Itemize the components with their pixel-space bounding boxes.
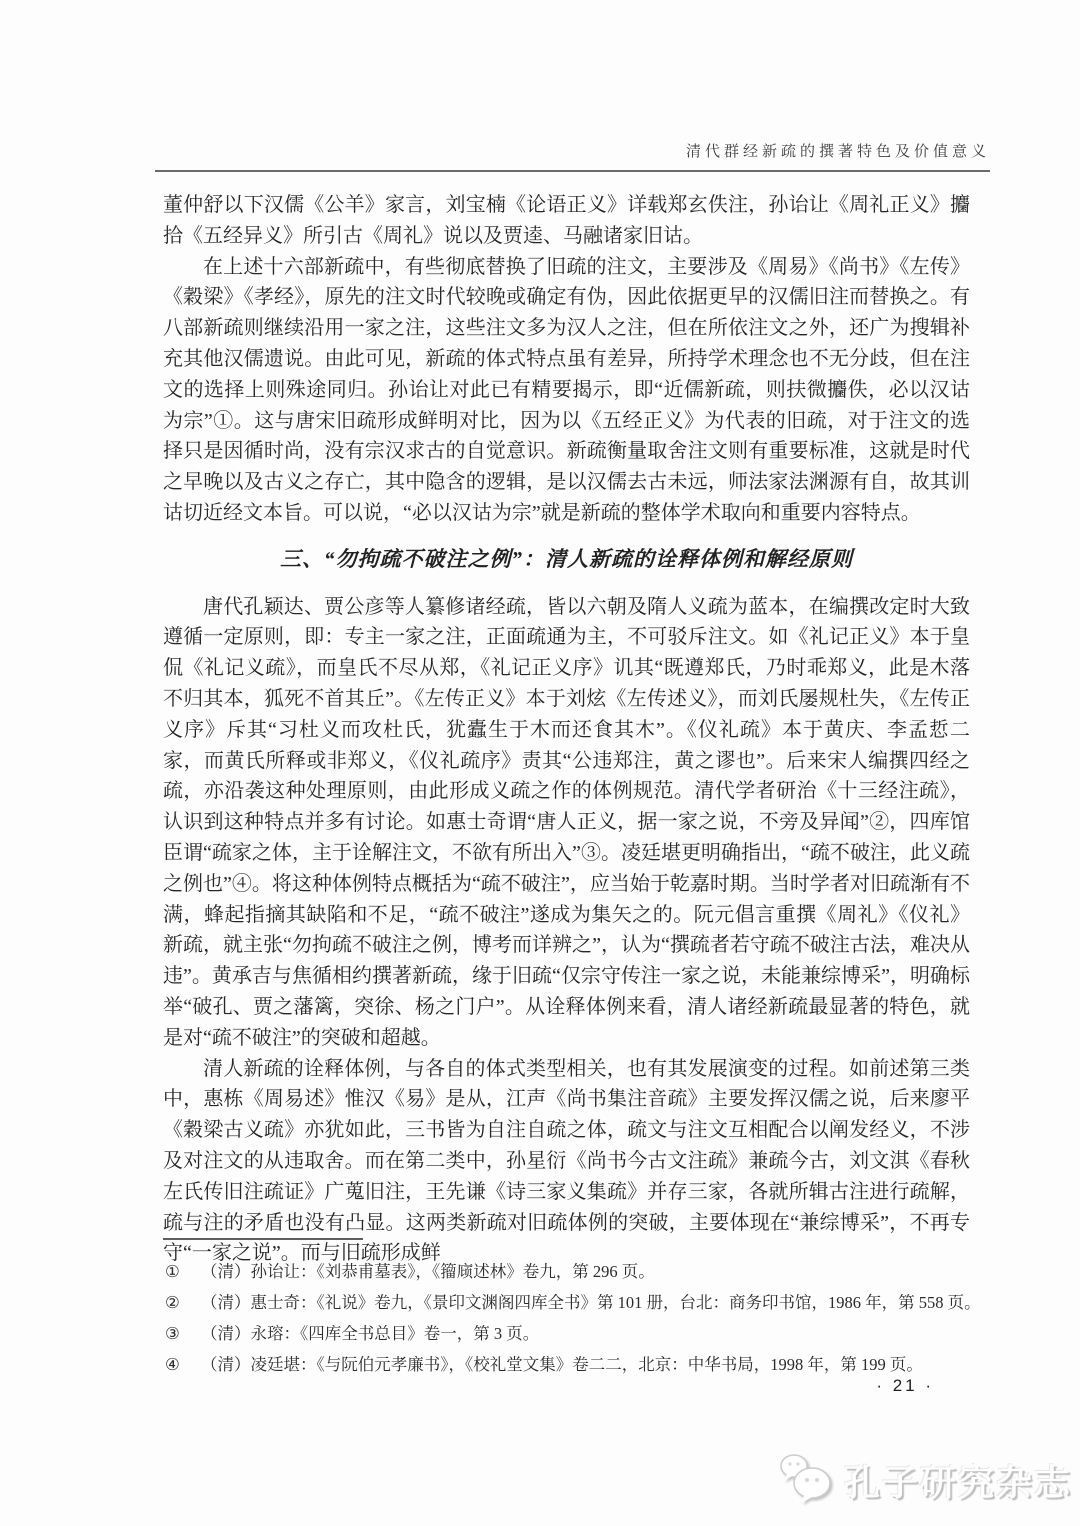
footnote-1: ① （清）孙诒让：《刘恭甫墓表》，《籀庼述林》卷九，第 296 页。 — [163, 1256, 993, 1287]
footnotes-section: ① （清）孙诒让：《刘恭甫墓表》，《籀庼述林》卷九，第 296 页。 ② （清）… — [163, 1238, 993, 1380]
footnote-text: （清）孙诒让：《刘恭甫墓表》，《籀庼述林》卷九，第 296 页。 — [201, 1256, 993, 1287]
footnote-marker: ② — [163, 1287, 201, 1318]
footnote-4: ④ （清）凌廷堪：《与阮伯元孝廉书》，《校礼堂文集》卷二二，北京：中华书局，19… — [163, 1349, 993, 1380]
paragraph-evolution: 清人新疏的诠释体例，与各自的体式类型相关，也有其发展演变的过程。如前述第三类中，… — [163, 1054, 970, 1270]
wechat-bubbles-icon — [778, 1452, 836, 1509]
footnote-text: （清）凌廷堪：《与阮伯元孝廉书》，《校礼堂文集》卷二二，北京：中华书局，1998… — [201, 1349, 993, 1380]
footnote-3: ③ （清）永瑢：《四库全书总目》卷一，第 3 页。 — [163, 1318, 993, 1349]
paragraph-continuation: 董仲舒以下汉儒《公羊》家言，刘宝楠《论语正义》详载郑玄佚注，孙诒让《周礼正义》攟… — [163, 190, 970, 252]
running-title: 清代群经新疏的撰著特色及价值意义 — [155, 140, 990, 161]
footnote-2: ② （清）惠士奇：《礼说》卷九，《景印文渊阁四库全书》第 101 册，台北：商务… — [163, 1287, 993, 1318]
footnote-marker: ③ — [163, 1318, 201, 1349]
footnote-marker: ④ — [163, 1349, 201, 1380]
footnote-text: （清）惠士奇：《礼说》卷九，《景印文渊阁四库全书》第 101 册，台北：商务印书… — [201, 1287, 993, 1318]
running-header: 清代群经新疏的撰著特色及价值意义 — [155, 140, 990, 172]
page-number: · 21 · — [876, 1376, 934, 1396]
paragraph-principles: 唐代孔颖达、贾公彦等人纂修诸经疏，皆以六朝及隋人义疏为蓝本，在编撰改定时大致遵循… — [163, 592, 970, 1054]
journal-watermark: 孔子研究杂志 — [778, 1452, 1072, 1509]
watermark-text: 孔子研究杂志 — [844, 1455, 1072, 1506]
paragraph-summary: 在上述十六部新疏中，有些彻底替换了旧疏的注文，主要涉及《周易》《尚书》《左传》《… — [163, 252, 970, 529]
footnote-separator — [163, 1238, 363, 1240]
footnote-text: （清）永瑢：《四库全书总目》卷一，第 3 页。 — [201, 1318, 993, 1349]
footnote-marker: ① — [163, 1256, 201, 1287]
section-heading: 三、“勿拘疏不破注之例”：清人新疏的诠释体例和解经原则 — [163, 544, 970, 575]
document-page: 清代群经新疏的撰著特色及价值意义 董仲舒以下汉儒《公羊》家言，刘宝楠《论语正义》… — [0, 0, 1080, 1526]
article-body: 董仲舒以下汉儒《公羊》家言，刘宝楠《论语正义》详载郑玄佚注，孙诒让《周礼正义》攟… — [163, 190, 970, 1269]
